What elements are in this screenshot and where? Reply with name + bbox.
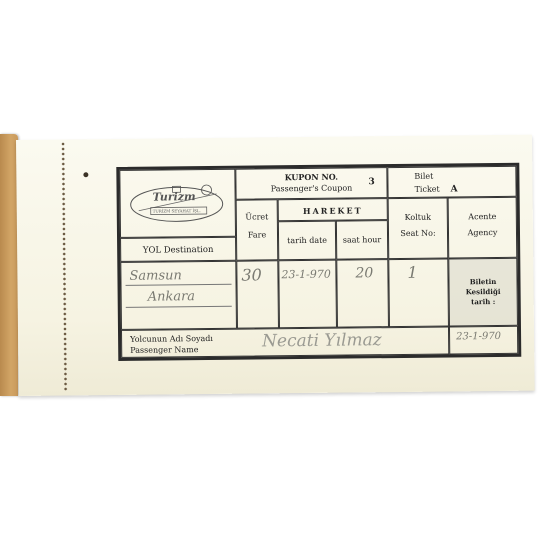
seat-header-cell: Koltuk Seat No: [388, 197, 449, 259]
date-label: tarih date [279, 236, 335, 246]
fare-value[interactable]: 30 [241, 265, 262, 284]
issue-label-2: Kesildiği [450, 287, 517, 297]
departure-header-cell: HAREKET [278, 198, 388, 221]
destination-value-cell: Samsun Ankara [120, 261, 237, 330]
fare-value-cell: 30 [236, 260, 279, 328]
seat-label-tr: Koltuk [389, 212, 447, 222]
perforation-line [61, 141, 68, 391]
passenger-label-en: Passenger Name [130, 345, 198, 355]
hour-label: saat hour [337, 235, 387, 245]
coupon-label-tr: KUPON NO. [236, 171, 386, 183]
fare-label-en: Fare [237, 230, 277, 239]
booklet-cover [0, 134, 18, 396]
ticket-type-cell: Bilet Ticket A [387, 166, 516, 198]
issue-label-1: Biletin [449, 277, 516, 287]
logo-script: Turizm [153, 190, 196, 203]
ticket-letter: A [450, 184, 457, 194]
seat-value[interactable]: 1 [407, 263, 417, 282]
fare-header-cell: Ücret Fare [236, 199, 279, 260]
issue-date-value-cell: 23-1-970 [449, 326, 518, 355]
ticket-coupon: Turizm TURİZM SEYAHAT İŞL. YOL Destinati… [16, 135, 535, 396]
coupon-label-en: Passenger's Coupon [236, 183, 386, 194]
passenger-label-tr: Yolcunun Adı Soyadı [130, 334, 213, 344]
hour-value-cell: 20 [336, 259, 389, 328]
coupon-cell: KUPON NO. Passenger's Coupon 3 [235, 167, 387, 200]
date-value-cell: 23-1-970 [278, 260, 337, 329]
agency-label-en: Agency [449, 228, 516, 238]
agency-label-tr: Acente [449, 212, 516, 222]
passenger-name-cell: Yolcunun Adı Soyadı Passenger Name Necat… [121, 326, 449, 357]
ticket-label-en: Ticket [414, 185, 439, 194]
agency-header-cell: Acente Agency [448, 197, 518, 259]
issue-label-3: tarih : [450, 297, 517, 307]
logo-cell: Turizm TURİZM SEYAHAT İŞL. [119, 169, 236, 238]
passenger-name-value[interactable]: Necati Yılmaz [262, 330, 382, 351]
coupon-number: 3 [368, 177, 374, 187]
ticket-form: Turizm TURİZM SEYAHAT İŞL. YOL Destinati… [116, 163, 521, 361]
destination-label-cell: YOL Destination [120, 237, 236, 262]
issue-date-label-cell: Biletin Kesildiği tarih : [448, 258, 518, 327]
destination-to[interactable]: Ankara [148, 289, 196, 304]
departure-title: HAREKET [279, 205, 387, 216]
date-header-cell: tarih date [278, 221, 336, 261]
hour-value[interactable]: 20 [355, 265, 373, 281]
seat-value-cell: 1 [388, 258, 449, 327]
punch-hole [83, 172, 88, 177]
logo-subtitle: TURİZM SEYAHAT İŞL. [153, 208, 201, 214]
issue-date-value[interactable]: 23-1-970 [456, 331, 501, 342]
fare-label-tr: Ücret [237, 212, 277, 221]
seat-label-en: Seat No: [389, 228, 447, 238]
destination-label: YOL Destination [121, 245, 235, 256]
destination-from[interactable]: Samsun [129, 268, 182, 284]
ticket-label-tr: Bilet [414, 172, 433, 181]
hour-header-cell: saat hour [336, 220, 388, 260]
date-value[interactable]: 23-1-970 [281, 268, 331, 282]
